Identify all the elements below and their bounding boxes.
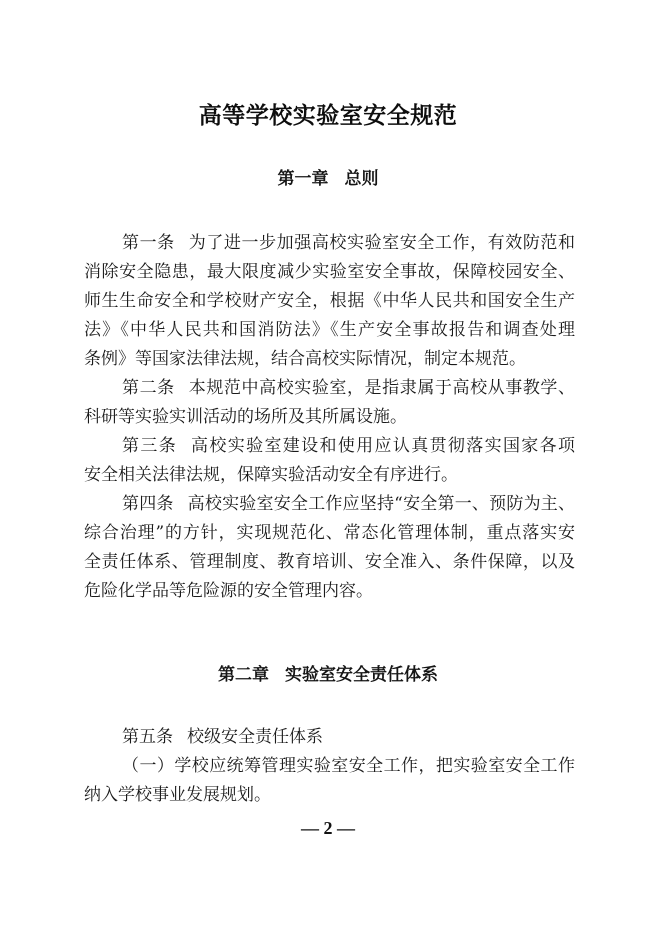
article-4-line-1: 第四条高校实验室安全工作应坚持“安全第一、预防为主、 [122,490,575,519]
page-number: — 2 — [0,816,656,840]
chapter-title: 总则 [345,169,379,189]
article-label: 第三条 [122,436,177,456]
article-label: 第二条 [122,378,175,398]
article-5-item-1-line-2: 纳入学校事业发展规划。 [84,781,575,810]
article-4-line-3: 全责任体系、管理制度、教育培训、安全准入、条件保障，以及 [84,548,575,577]
article-label: 第一条 [122,233,175,253]
article-5-line-1: 第五条校级安全责任体系 [122,723,575,752]
article-3-line-1: 第三条高校实验室建设和使用应认真贯彻落实国家各项 [122,432,575,461]
chapter-number: 第二章 [218,665,269,685]
article-heading: 校级安全责任体系 [187,727,323,747]
article-text: 高校实验室安全工作应坚持“安全第一、预防为主、 [188,494,575,514]
article-4-line-2: 综合治理”的方针，实现规范化、常态化管理体制，重点落实安 [84,519,575,548]
document-page: 高等学校实验室安全规范 第一章总则 第一条为了进一步加强高校实验室安全工作，有效… [0,0,656,929]
article-2-line-1: 第二条本规范中高校实验室，是指隶属于高校从事教学、 [122,374,575,403]
article-1-line-2: 消除安全隐患，最大限度减少实验室安全事故，保障校园安全、 [84,258,575,287]
article-text: 为了进一步加强高校实验室安全工作，有效防范和 [189,233,575,253]
article-label: 第五条 [122,727,173,747]
article-label: 第四条 [122,494,174,514]
chapter-number: 第一章 [278,169,329,189]
article-2-line-2: 科研等实验实训活动的场所及其所属设施。 [84,403,575,432]
chapter-heading-1: 第一章总则 [0,167,656,191]
article-1-line-4: 法》《中华人民共和国消防法》《生产安全事故报告和调查处理 [84,316,575,345]
chapter-heading-2: 第二章实验室安全责任体系 [0,663,656,687]
chapter-title: 实验室安全责任体系 [285,665,438,685]
article-1-line-3: 师生生命安全和学校财产安全，根据《中华人民共和国安全生产 [84,287,575,316]
article-1-line-5: 条例》等国家法律法规，结合高校实际情况，制定本规范。 [84,345,575,374]
article-text: 本规范中高校实验室，是指隶属于高校从事教学、 [189,378,575,398]
article-5-item-1-line-1: （一）学校应统筹管理实验室安全工作，把实验室安全工作 [122,752,575,781]
article-3-line-2: 安全相关法律法规，保障实验活动安全有序进行。 [84,461,575,490]
article-4-line-4: 危险化学品等危险源的安全管理内容。 [84,577,575,606]
document-title: 高等学校实验室安全规范 [0,100,656,132]
article-1-line-1: 第一条为了进一步加强高校实验室安全工作，有效防范和 [122,229,575,258]
article-text: 高校实验室建设和使用应认真贯彻落实国家各项 [191,436,575,456]
